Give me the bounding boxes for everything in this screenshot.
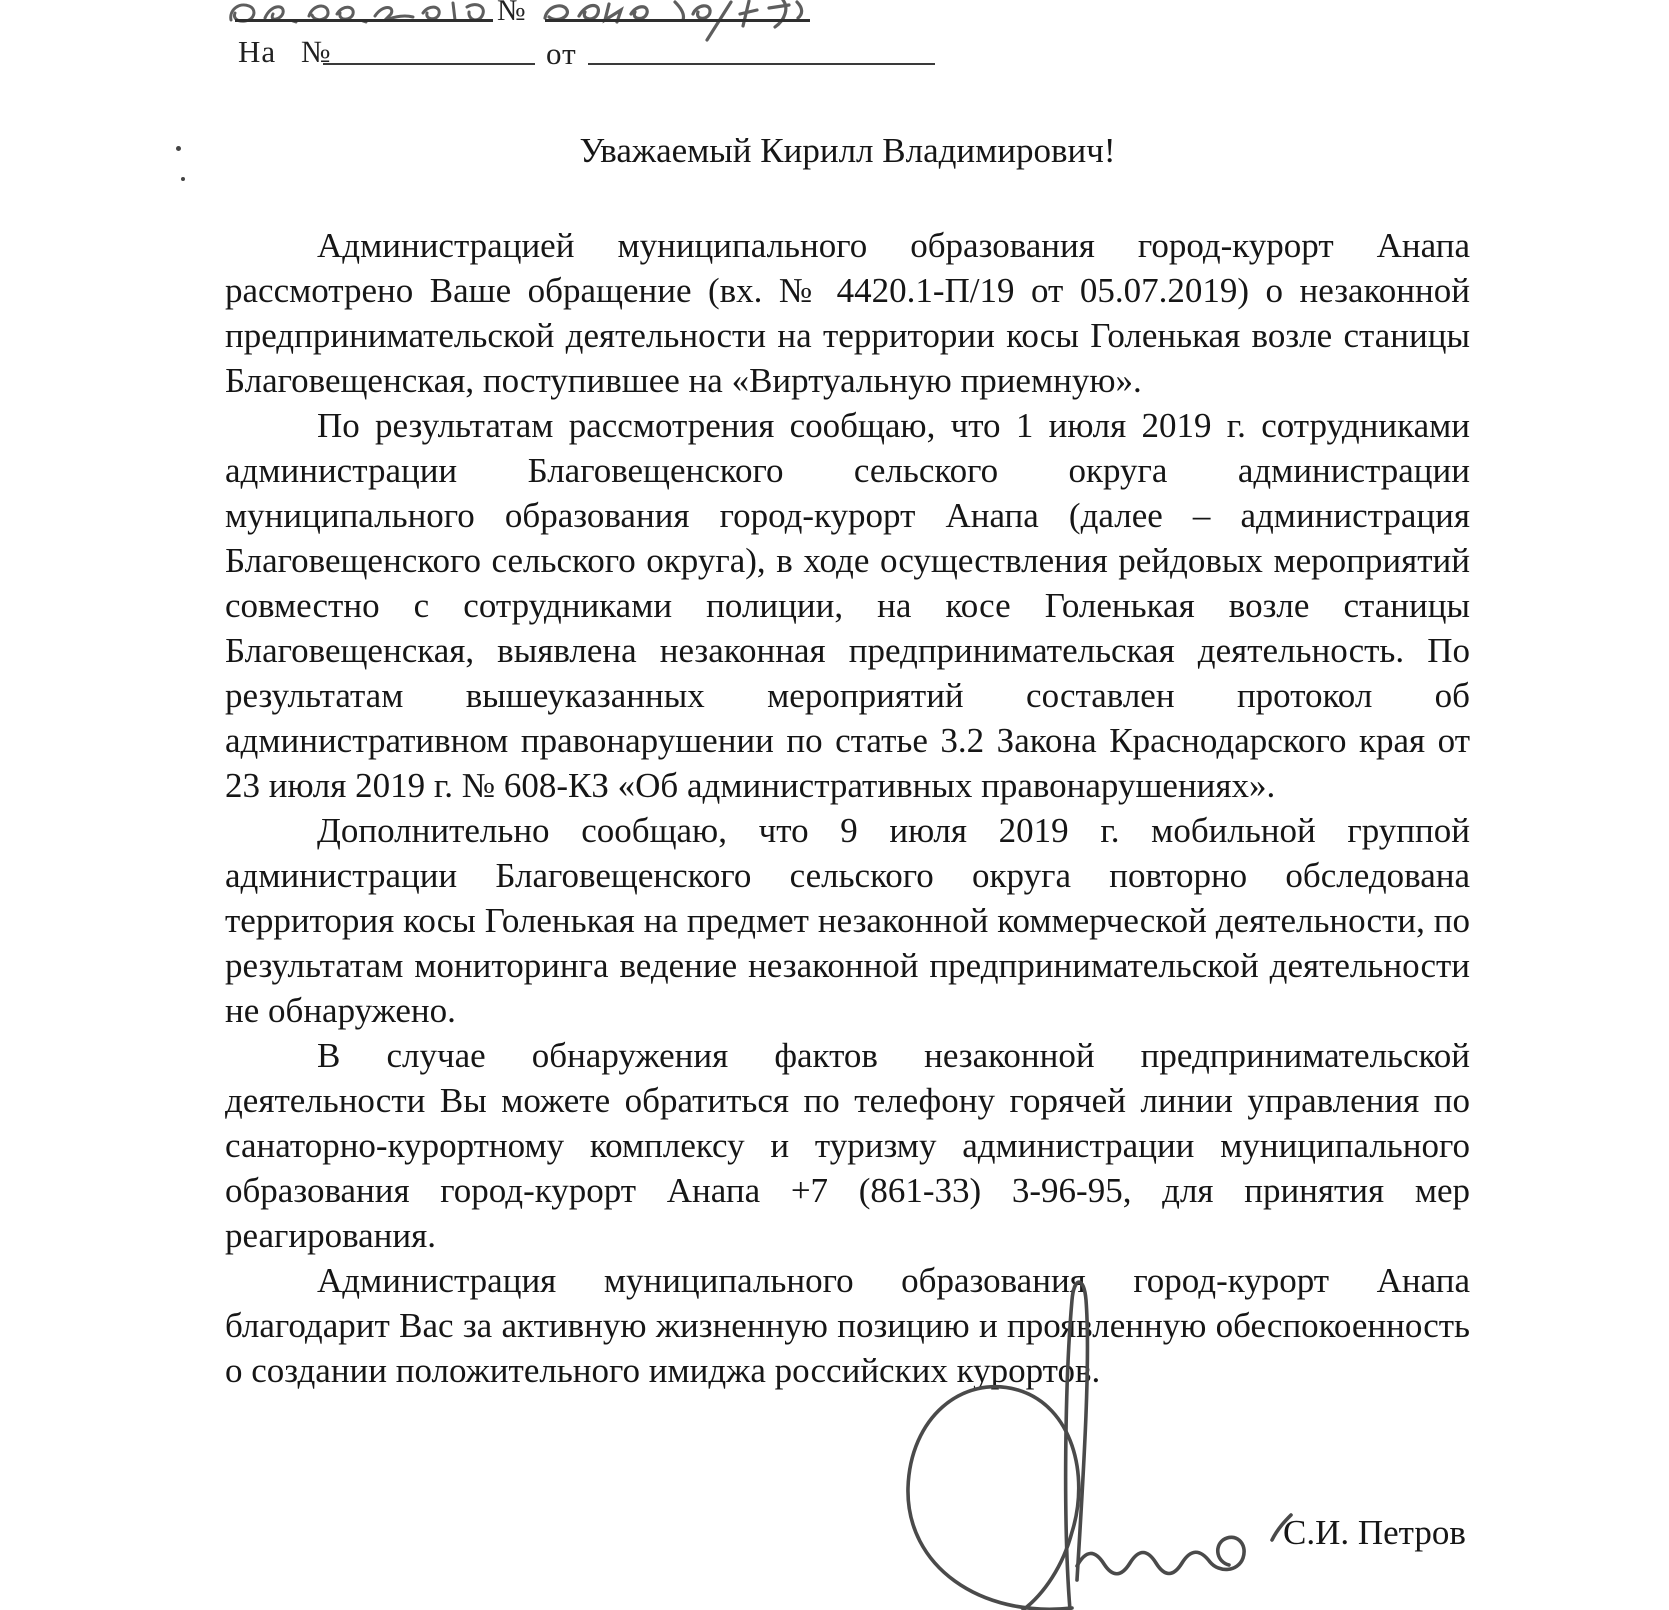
salutation: Уважаемый Кирилл Владимирович! bbox=[225, 128, 1470, 173]
paragraph-3: Дополнительно сообщаю, что 9 июля 2019 г… bbox=[225, 808, 1470, 1033]
stamp-number-sign: № bbox=[497, 0, 526, 28]
stamp-incoming-number-line bbox=[323, 63, 535, 65]
handwritten-reference-scribble bbox=[535, 0, 820, 44]
stamp-date-line bbox=[235, 19, 493, 22]
paragraph-2: По результатам рассмотрения сообщаю, что… bbox=[225, 403, 1470, 808]
letter-page: № На № от bbox=[0, 0, 1669, 1610]
signer-name: С.И. Петров bbox=[1283, 1513, 1466, 1553]
stamp-incoming-date-line bbox=[588, 63, 935, 65]
stamp-number-line bbox=[545, 19, 810, 22]
scan-speck bbox=[176, 146, 181, 151]
letter-body: Уважаемый Кирилл Владимирович! Администр… bbox=[225, 128, 1470, 1393]
paragraph-1: Администрацией муниципального образовани… bbox=[225, 223, 1470, 403]
stamp-na-number-label: На № bbox=[238, 34, 331, 70]
scan-speck bbox=[181, 177, 185, 181]
handwritten-date bbox=[225, 0, 500, 27]
paragraph-5: Администрация муниципального образования… bbox=[225, 1258, 1470, 1393]
stamp-ot-label: от bbox=[546, 36, 577, 72]
paragraph-4: В случае обнаружения фактов незаконной п… bbox=[225, 1033, 1470, 1258]
reference-stamp-block: № На № от bbox=[0, 0, 1000, 90]
